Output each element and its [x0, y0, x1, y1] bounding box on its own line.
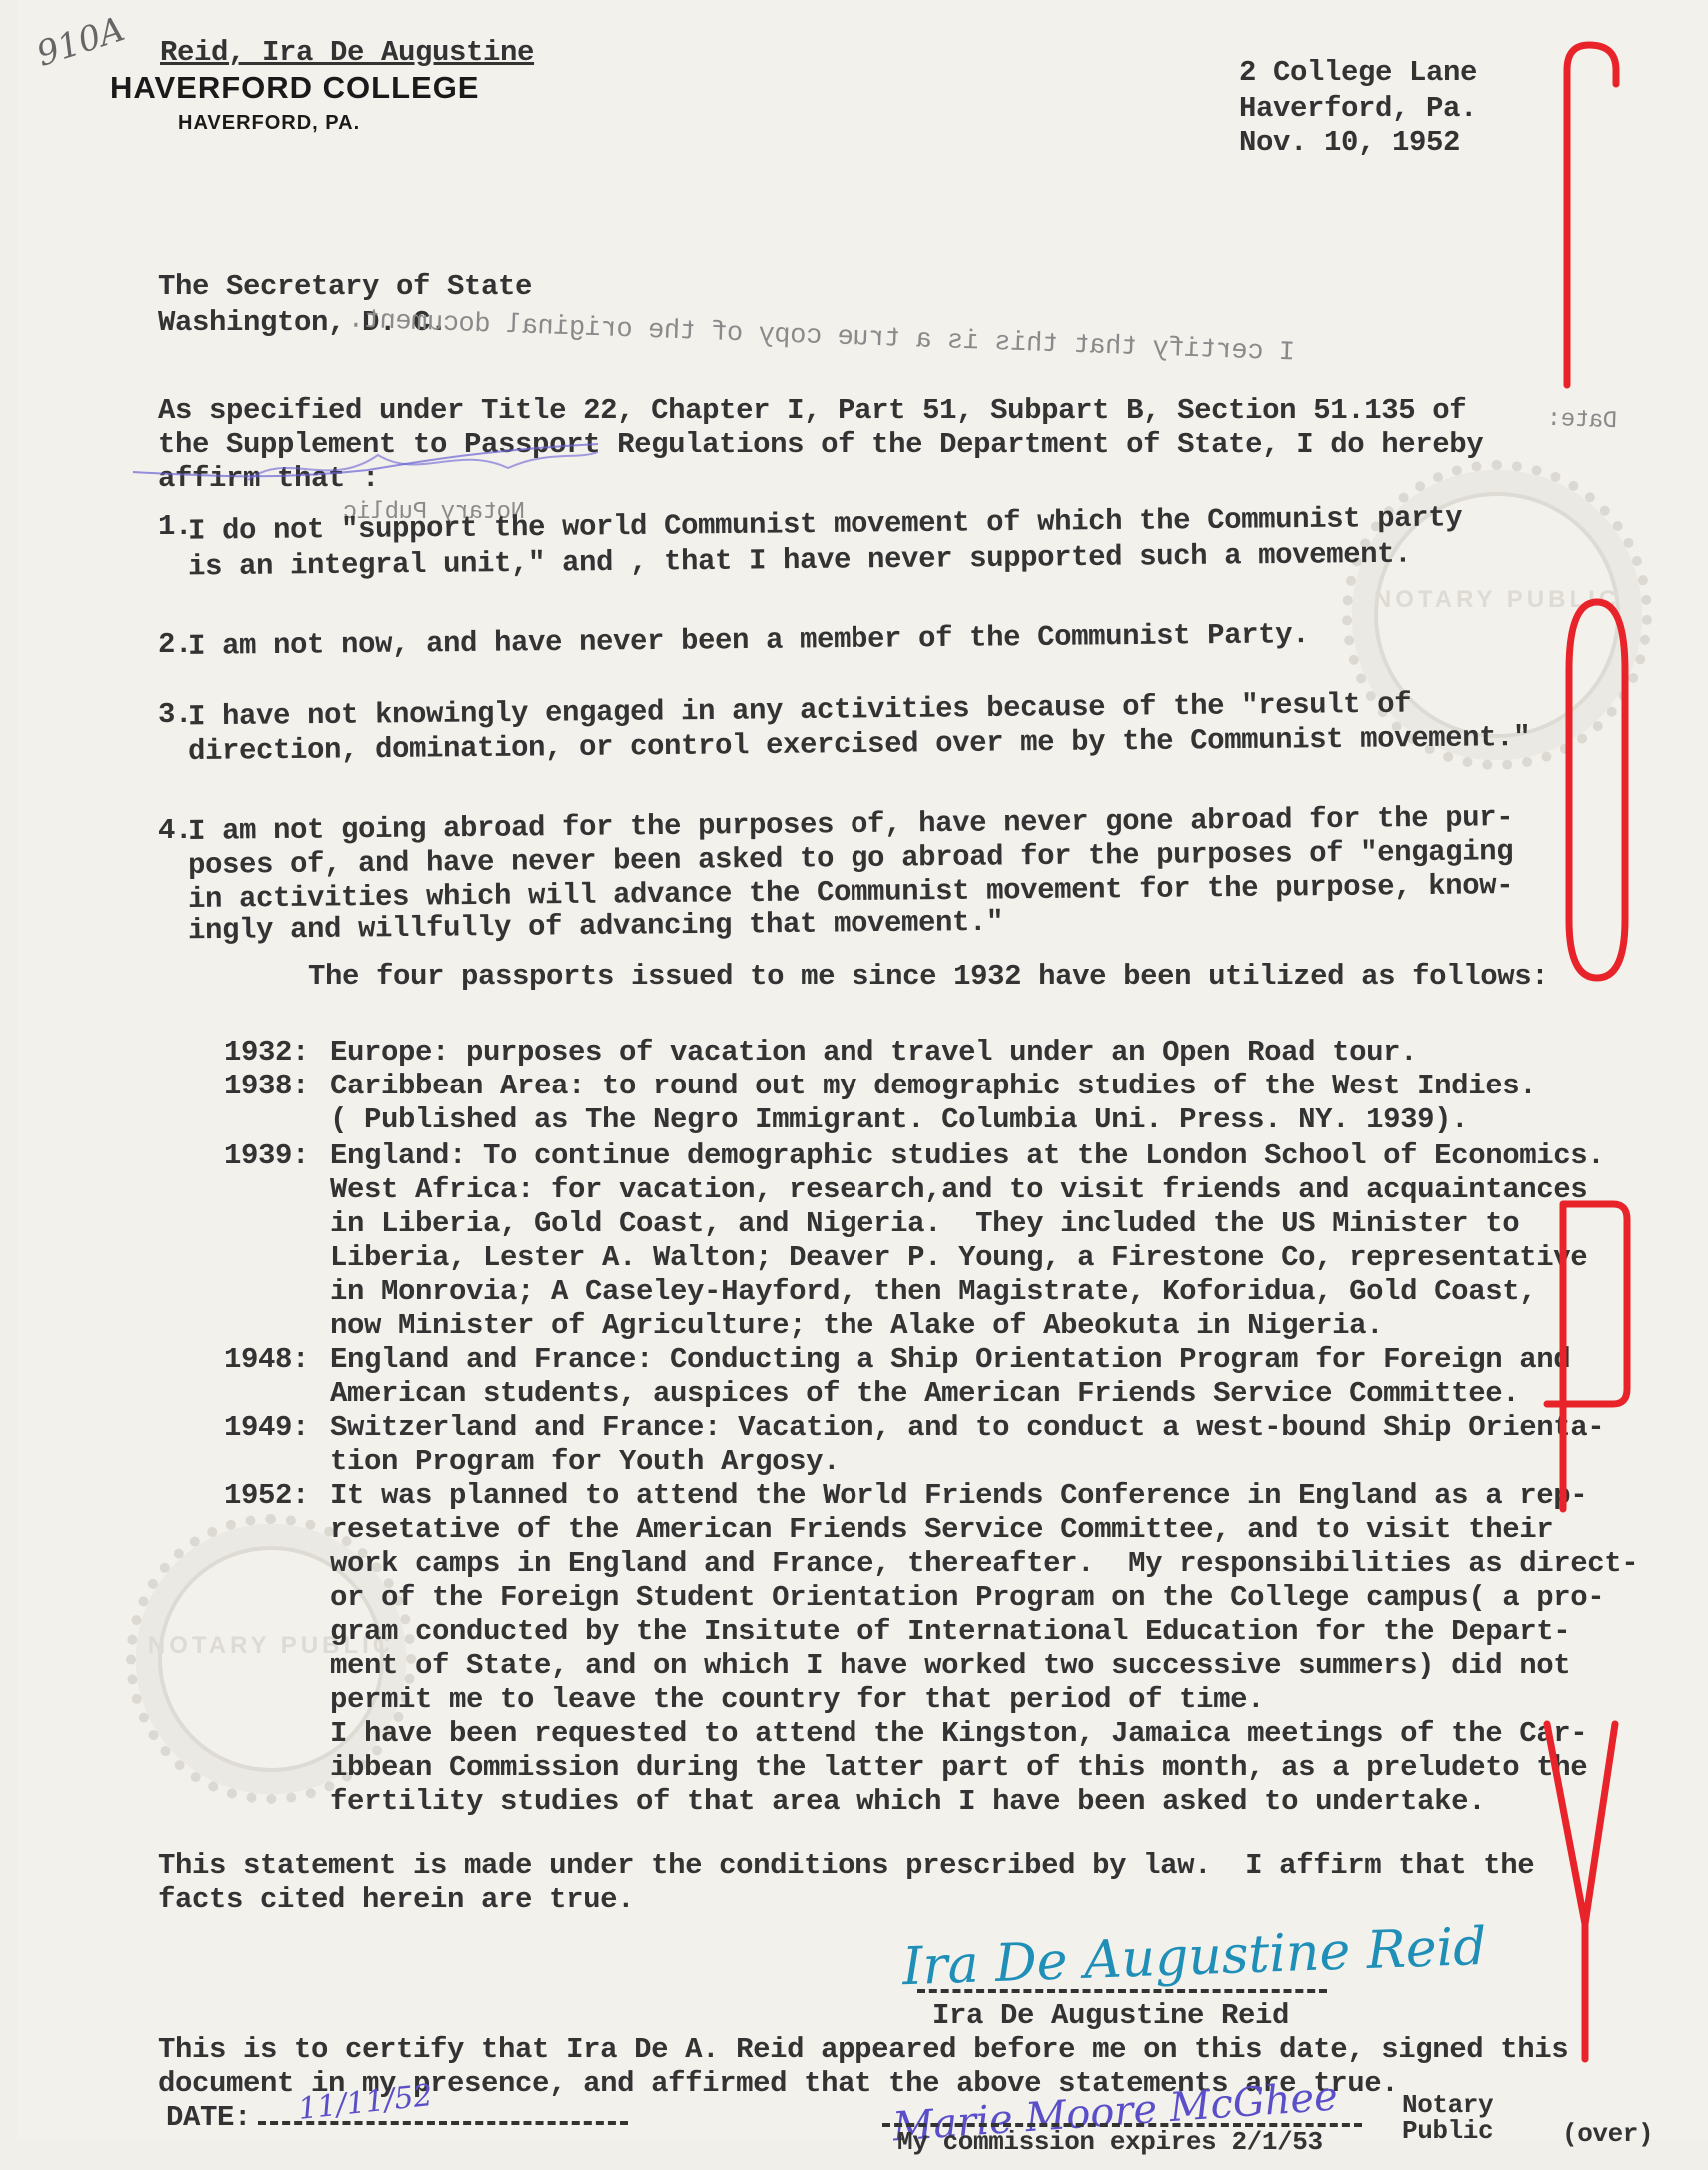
affirmation-line: I am not now, and have never been a memb…	[188, 618, 1309, 664]
over-label: (over)	[1562, 2117, 1653, 2151]
travel-line: permit me to leave the country for that …	[330, 1683, 1264, 1717]
travel-line: I have been requested to attend the King…	[330, 1717, 1587, 1751]
letter-date: Nov. 10, 1952	[1239, 126, 1460, 160]
letterhead-college: HAVERFORD COLLEGE	[110, 70, 480, 106]
closing-line: This statement is made under the conditi…	[158, 1849, 1534, 1883]
letterhead-name: Reid, Ira De Augustine	[160, 36, 534, 70]
notary-handwriting-bleed	[128, 440, 608, 500]
travel-line: American students, auspices of the Ameri…	[330, 1377, 1519, 1411]
bleed-through-certify-text: I certify that this is a true copy of th…	[348, 303, 1296, 370]
travel-line: gram conducted by the Insitute of Intern…	[330, 1615, 1570, 1649]
letterhead-city: HAVERFORD, PA.	[178, 112, 360, 135]
intro-line: As specified under Title 22, Chapter I, …	[158, 394, 1466, 428]
travel-line: resetative of the American Friends Servi…	[330, 1513, 1553, 1547]
notary-title: Public	[1402, 2117, 1493, 2145]
address-line: Haverford, Pa.	[1239, 92, 1477, 126]
travel-line: England and France: Conducting a Ship Or…	[330, 1343, 1570, 1377]
travel-year: 1952:	[224, 1479, 309, 1513]
copy-stamp	[1497, 40, 1697, 2079]
travel-line: ment of State, and on which I have worke…	[330, 1649, 1570, 1683]
travel-line: ibbean Commission during the latter part…	[330, 1751, 1587, 1785]
applicant-typed-name: Ira De Augustine Reid	[932, 1999, 1289, 2033]
handwritten-reference-number: 910A	[32, 9, 129, 75]
notary-certify-line: This is to certify that Ira De A. Reid a…	[158, 2033, 1568, 2067]
travel-line: It was planned to attend the World Frien…	[330, 1479, 1587, 1513]
travel-line: Liberia, Lester A. Walton; Deaver P. You…	[330, 1241, 1587, 1275]
notary-date-label: DATE:	[166, 2101, 251, 2135]
travel-line: or of the Foreign Student Orientation Pr…	[330, 1581, 1604, 1615]
copy-stamp-letter-o	[1569, 602, 1625, 978]
travel-line: in Monrovia; A Caseley-Hayford, then Mag…	[330, 1275, 1536, 1309]
copy-stamp-letter-p	[1547, 1204, 1627, 1509]
travel-year: 1939:	[224, 1139, 309, 1173]
travel-line: work camps in England and France, therea…	[330, 1547, 1638, 1581]
travel-year: 1938:	[224, 1070, 309, 1103]
travel-line: Europe: purposes of vacation and travel …	[330, 1036, 1417, 1070]
copy-stamp-letter-c	[1567, 45, 1616, 385]
travel-line: Caribbean Area: to round out my demograp…	[330, 1070, 1536, 1103]
travel-line: now Minister of Agriculture; the Alake o…	[330, 1309, 1383, 1343]
travel-line: Switzerland and France: Vacation, and to…	[330, 1411, 1604, 1445]
notary-title: Notary	[1402, 2091, 1493, 2119]
travel-line: fertility studies of that area which I h…	[330, 1785, 1485, 1819]
affirmation-line: ingly and willfully of advancing that mo…	[188, 906, 1003, 949]
travel-year: 1932:	[224, 1036, 309, 1070]
travel-line: in Liberia, Gold Coast, and Nigeria. The…	[330, 1207, 1519, 1241]
passports-intro: The four passports issued to me since 19…	[308, 960, 1548, 994]
applicant-signature: Ira De Augustine Reid	[901, 1917, 1487, 1997]
travel-line: West Africa: for vacation, research,and …	[330, 1173, 1587, 1207]
date-line	[258, 2121, 628, 2125]
notary-commission: My commission expires 2/1/53	[897, 2125, 1323, 2159]
recipient-line: The Secretary of State	[158, 270, 532, 304]
signature-line	[917, 1989, 1327, 1993]
travel-year: 1949:	[224, 1411, 309, 1445]
document-page: 910A Reid, Ira De Augustine HAVERFORD CO…	[18, 0, 1708, 2139]
closing-line: facts cited herein are true.	[158, 1883, 634, 1917]
travel-line: England: To continue demographic studies…	[330, 1139, 1604, 1173]
copy-stamp-letter-y	[1547, 1724, 1615, 2059]
travel-line: tion Program for Youth Argosy.	[330, 1445, 840, 1479]
address-line: 2 College Lane	[1239, 56, 1477, 90]
travel-year: 1948:	[224, 1343, 309, 1377]
travel-line: ( Published as The Negro Immigrant. Colu…	[330, 1103, 1468, 1137]
